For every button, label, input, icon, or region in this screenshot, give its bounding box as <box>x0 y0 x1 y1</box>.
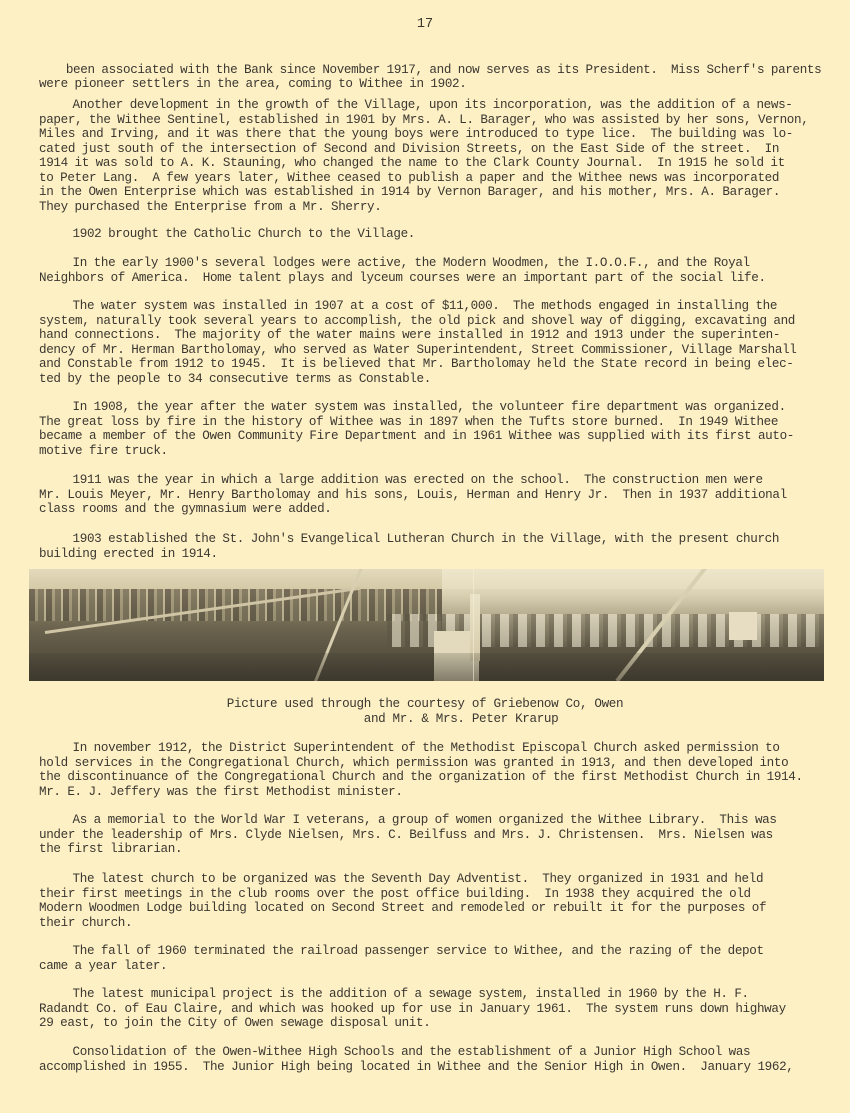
text-line: were pioneer settlers in the area, comin… <box>39 77 466 91</box>
text-line: and Constable from 1912 to 1945. It is b… <box>39 357 794 371</box>
text-line: system, naturally took several years to … <box>39 314 795 328</box>
text-line: Mr. Louis Meyer, Mr. Henry Bartholomay a… <box>39 488 787 502</box>
caption-line: and Mr. & Mrs. Peter Krarup <box>292 712 559 726</box>
paragraph-sewage-system: The latest municipal project is the addi… <box>39 987 819 1031</box>
text-line: the discontinuance of the Congregational… <box>39 770 803 784</box>
text-line: Neighbors of America. Home talent plays … <box>39 271 766 285</box>
text-line: The fall of 1960 terminated the railroad… <box>39 944 764 958</box>
text-line: Miles and Irving, and it was there that … <box>39 127 793 141</box>
text-line: In november 1912, the District Superinte… <box>39 741 780 755</box>
text-line: Another development in the growth of the… <box>39 98 793 112</box>
text-line: They purchased the Enterprise from a Mr.… <box>39 200 381 214</box>
text-line: Radandt Co. of Eau Claire, and which was… <box>39 1002 786 1016</box>
text-line: came a year later. <box>39 959 167 973</box>
text-line: cated just south of the intersection of … <box>39 142 779 156</box>
photo-house <box>729 612 757 640</box>
text-line: in the Owen Enterprise which was establi… <box>39 185 780 199</box>
paragraph-school-consolidation: Consolidation of the Owen-Withee High Sc… <box>39 1045 819 1074</box>
text-line: under the leadership of Mrs. Clyde Niels… <box>39 828 773 842</box>
text-line: hold services in the Congregational Chur… <box>39 756 788 770</box>
text-line: building erected in 1914. <box>39 547 218 561</box>
text-line: 1911 was the year in which a large addit… <box>39 473 763 487</box>
paragraph-railroad: The fall of 1960 terminated the railroad… <box>39 944 819 973</box>
text-line: 29 east, to join the City of Owen sewage… <box>39 1016 430 1030</box>
text-line: In the early 1900's several lodges were … <box>39 256 750 270</box>
paragraph-library: As a memorial to the World War I veteran… <box>39 813 819 857</box>
text-line: As a memorial to the World War I veteran… <box>39 813 777 827</box>
photo-ground <box>29 653 824 681</box>
page-number: 17 <box>0 17 850 32</box>
text-line: Consolidation of the Owen-Withee High Sc… <box>39 1045 750 1059</box>
paragraph-newspaper: Another development in the growth of the… <box>39 98 819 214</box>
text-line: 1903 established the St. John's Evangeli… <box>39 532 779 546</box>
paragraph-school-addition: 1911 was the year in which a large addit… <box>39 473 819 517</box>
village-panorama-photo <box>29 569 824 681</box>
paragraph-lodges: In the early 1900's several lodges were … <box>39 256 819 285</box>
text-line: Mr. E. J. Jeffery was the first Methodis… <box>39 785 403 799</box>
text-line: motive fire truck. <box>39 444 168 458</box>
text-line: ted by the people to 34 consecutive term… <box>39 372 431 386</box>
caption-line: Picture used through the courtesy of Gri… <box>227 697 623 711</box>
text-line: Modern Woodmen Lodge building located on… <box>39 901 766 915</box>
text-line: The great loss by fire in the history of… <box>39 415 778 429</box>
text-line: paper, the Withee Sentinel, established … <box>39 113 808 127</box>
text-line: dency of Mr. Herman Bartholomay, who ser… <box>39 343 797 357</box>
text-line: In 1908, the year after the water system… <box>39 400 786 414</box>
text-line: 1902 brought the Catholic Church to the … <box>39 227 415 241</box>
text-line: their church. <box>39 916 132 930</box>
text-line: became a member of the Owen Community Fi… <box>39 429 794 443</box>
text-line: The latest church to be organized was th… <box>39 872 763 886</box>
text-line: class rooms and the gymnasium were added… <box>39 502 332 516</box>
text-line: The latest municipal project is the addi… <box>39 987 749 1001</box>
photo-caption: Picture used through the courtesy of Gri… <box>0 697 850 726</box>
text-line: The water system was installed in 1907 a… <box>39 299 777 313</box>
photo-seam <box>473 569 474 681</box>
paragraph-adventist-church: The latest church to be organized was th… <box>39 872 819 930</box>
text-line: their first meetings in the club rooms o… <box>39 887 751 901</box>
paragraph-water-system: The water system was installed in 1907 a… <box>39 299 819 386</box>
paragraph-catholic-church: 1902 brought the Catholic Church to the … <box>39 227 819 242</box>
paragraph-fire-department: In 1908, the year after the water system… <box>39 400 819 458</box>
text-line: the first librarian. <box>39 842 182 856</box>
text-line: to Peter Lang. A few years later, Withee… <box>39 171 779 185</box>
text-line: been associated with the Bank since Nove… <box>66 63 822 77</box>
paragraph-methodist-church: In november 1912, the District Superinte… <box>39 741 819 799</box>
text-line: 1914 it was sold to A. K. Stauning, who … <box>39 156 785 170</box>
text-line: hand connections. The majority of the wa… <box>39 328 780 342</box>
text-line: accomplished in 1955. The Junior High be… <box>39 1060 794 1074</box>
paragraph-lutheran-church: 1903 established the St. John's Evangeli… <box>39 532 819 561</box>
